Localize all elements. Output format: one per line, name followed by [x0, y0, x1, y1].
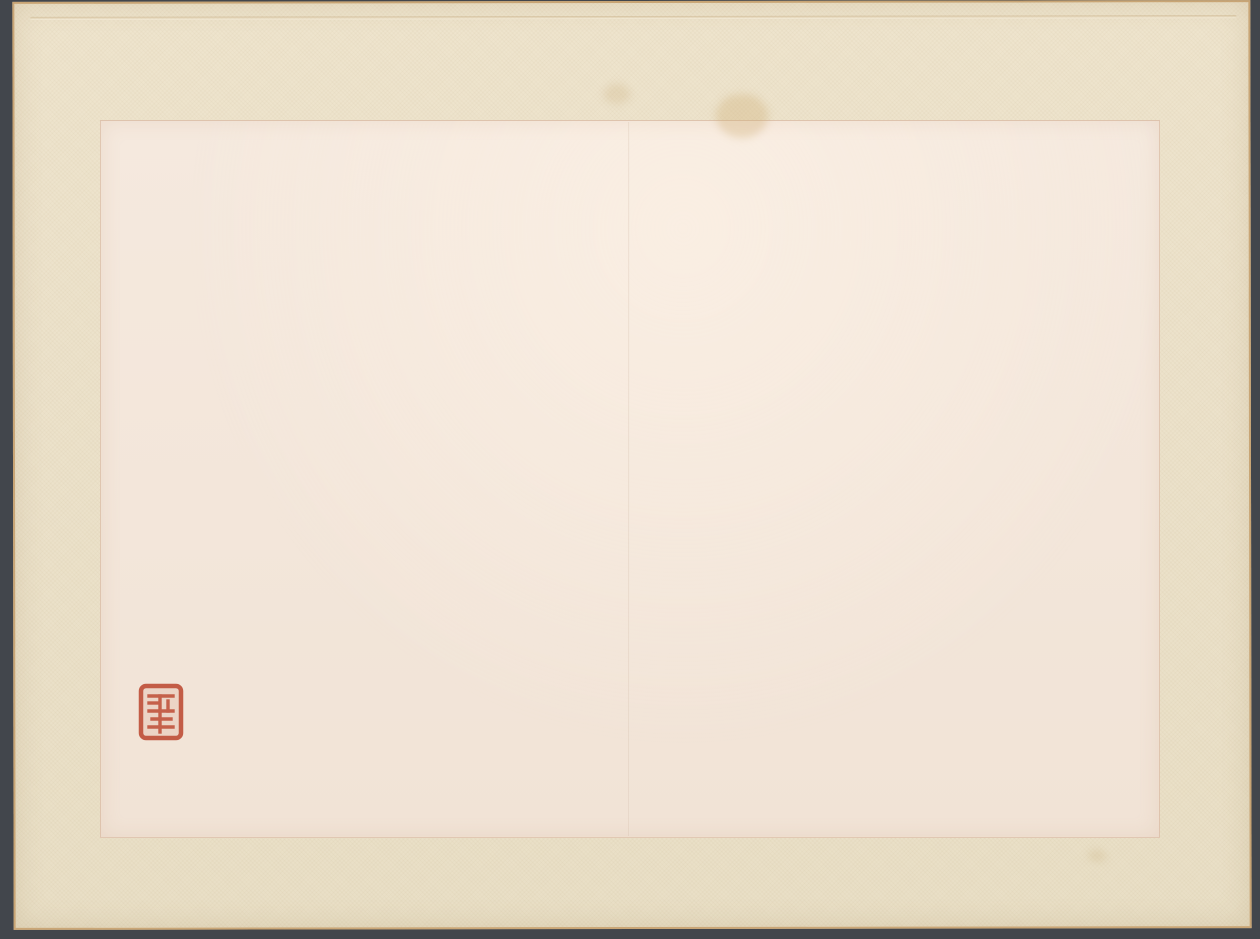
mount-crease-line — [30, 15, 1236, 20]
paper-stain — [604, 84, 630, 104]
paper-stain — [716, 94, 768, 138]
photographed-album-leaf — [0, 0, 1260, 939]
paper-stain — [1088, 850, 1106, 862]
artist-seal — [138, 682, 184, 742]
center-fold-line — [628, 122, 630, 836]
calligraphy-paper — [100, 120, 1160, 838]
